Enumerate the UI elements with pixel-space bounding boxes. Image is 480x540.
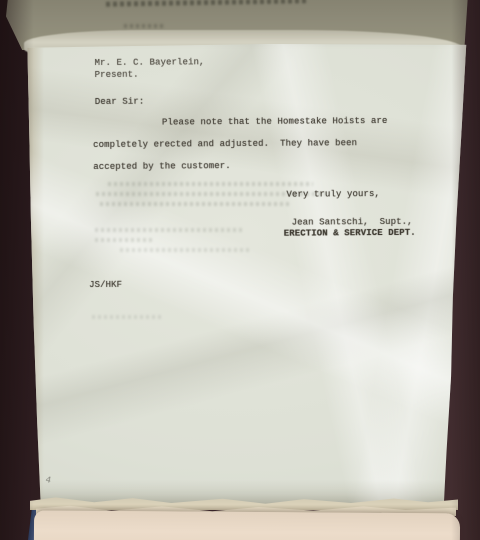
bleedthrough-mark-top bbox=[124, 24, 164, 28]
page-left-deckle-edge bbox=[22, 44, 44, 506]
bleedthrough-line bbox=[92, 315, 162, 319]
bleedthrough-line bbox=[95, 238, 155, 242]
bleedthrough-text-top bbox=[106, 0, 306, 7]
bottom-cream-page bbox=[34, 511, 460, 540]
page-right-deckle-edge bbox=[452, 44, 468, 506]
letter-page bbox=[22, 44, 468, 506]
bleedthrough-line bbox=[96, 192, 326, 196]
bleedthrough-line bbox=[95, 228, 245, 232]
bleedthrough-line bbox=[100, 202, 290, 206]
bleedthrough-line bbox=[120, 248, 250, 252]
bleedthrough-line bbox=[108, 182, 313, 186]
photo-of-typed-letter-in-binder: Mr. E. C. Bayerlein, Present. Dear Sir: … bbox=[0, 0, 480, 540]
paper-crinkle-texture bbox=[22, 44, 468, 506]
